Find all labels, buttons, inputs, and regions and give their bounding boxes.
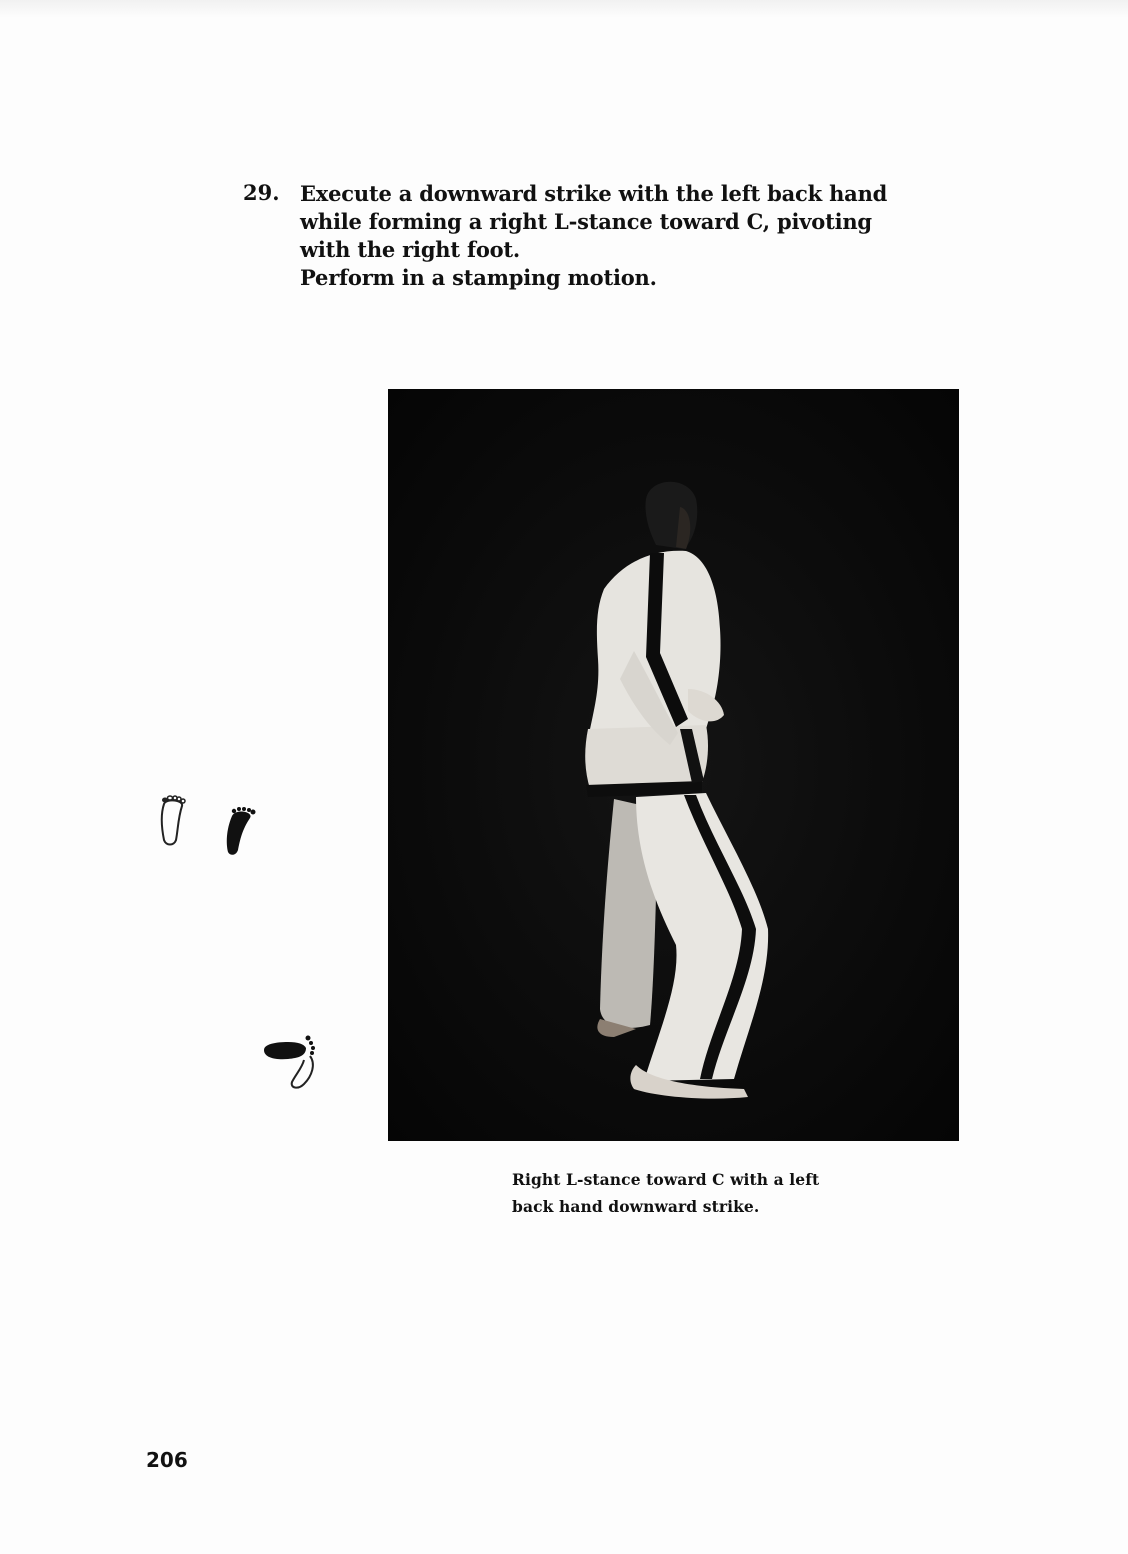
martial-artist-figure [388, 389, 959, 1141]
left-foot-outline-icon [152, 790, 192, 850]
pivot-foot-icon [258, 1028, 328, 1093]
right-foot-filled-icon [222, 800, 262, 860]
step-text: Execute a downward strike with the left … [300, 180, 900, 292]
technique-photo [388, 389, 959, 1141]
step-number: 29. [243, 180, 280, 205]
scan-edge [0, 0, 1128, 18]
step-note: Perform in a stamping motion. [300, 264, 900, 292]
step-instruction: Execute a downward strike with the left … [300, 180, 900, 264]
caption-line-1: Right L-stance toward C with a left [512, 1166, 872, 1193]
caption-line-2: back hand downward strike. [512, 1193, 872, 1220]
page-number: 206 [146, 1448, 188, 1472]
photo-caption: Right L-stance toward C with a left back… [512, 1166, 872, 1220]
